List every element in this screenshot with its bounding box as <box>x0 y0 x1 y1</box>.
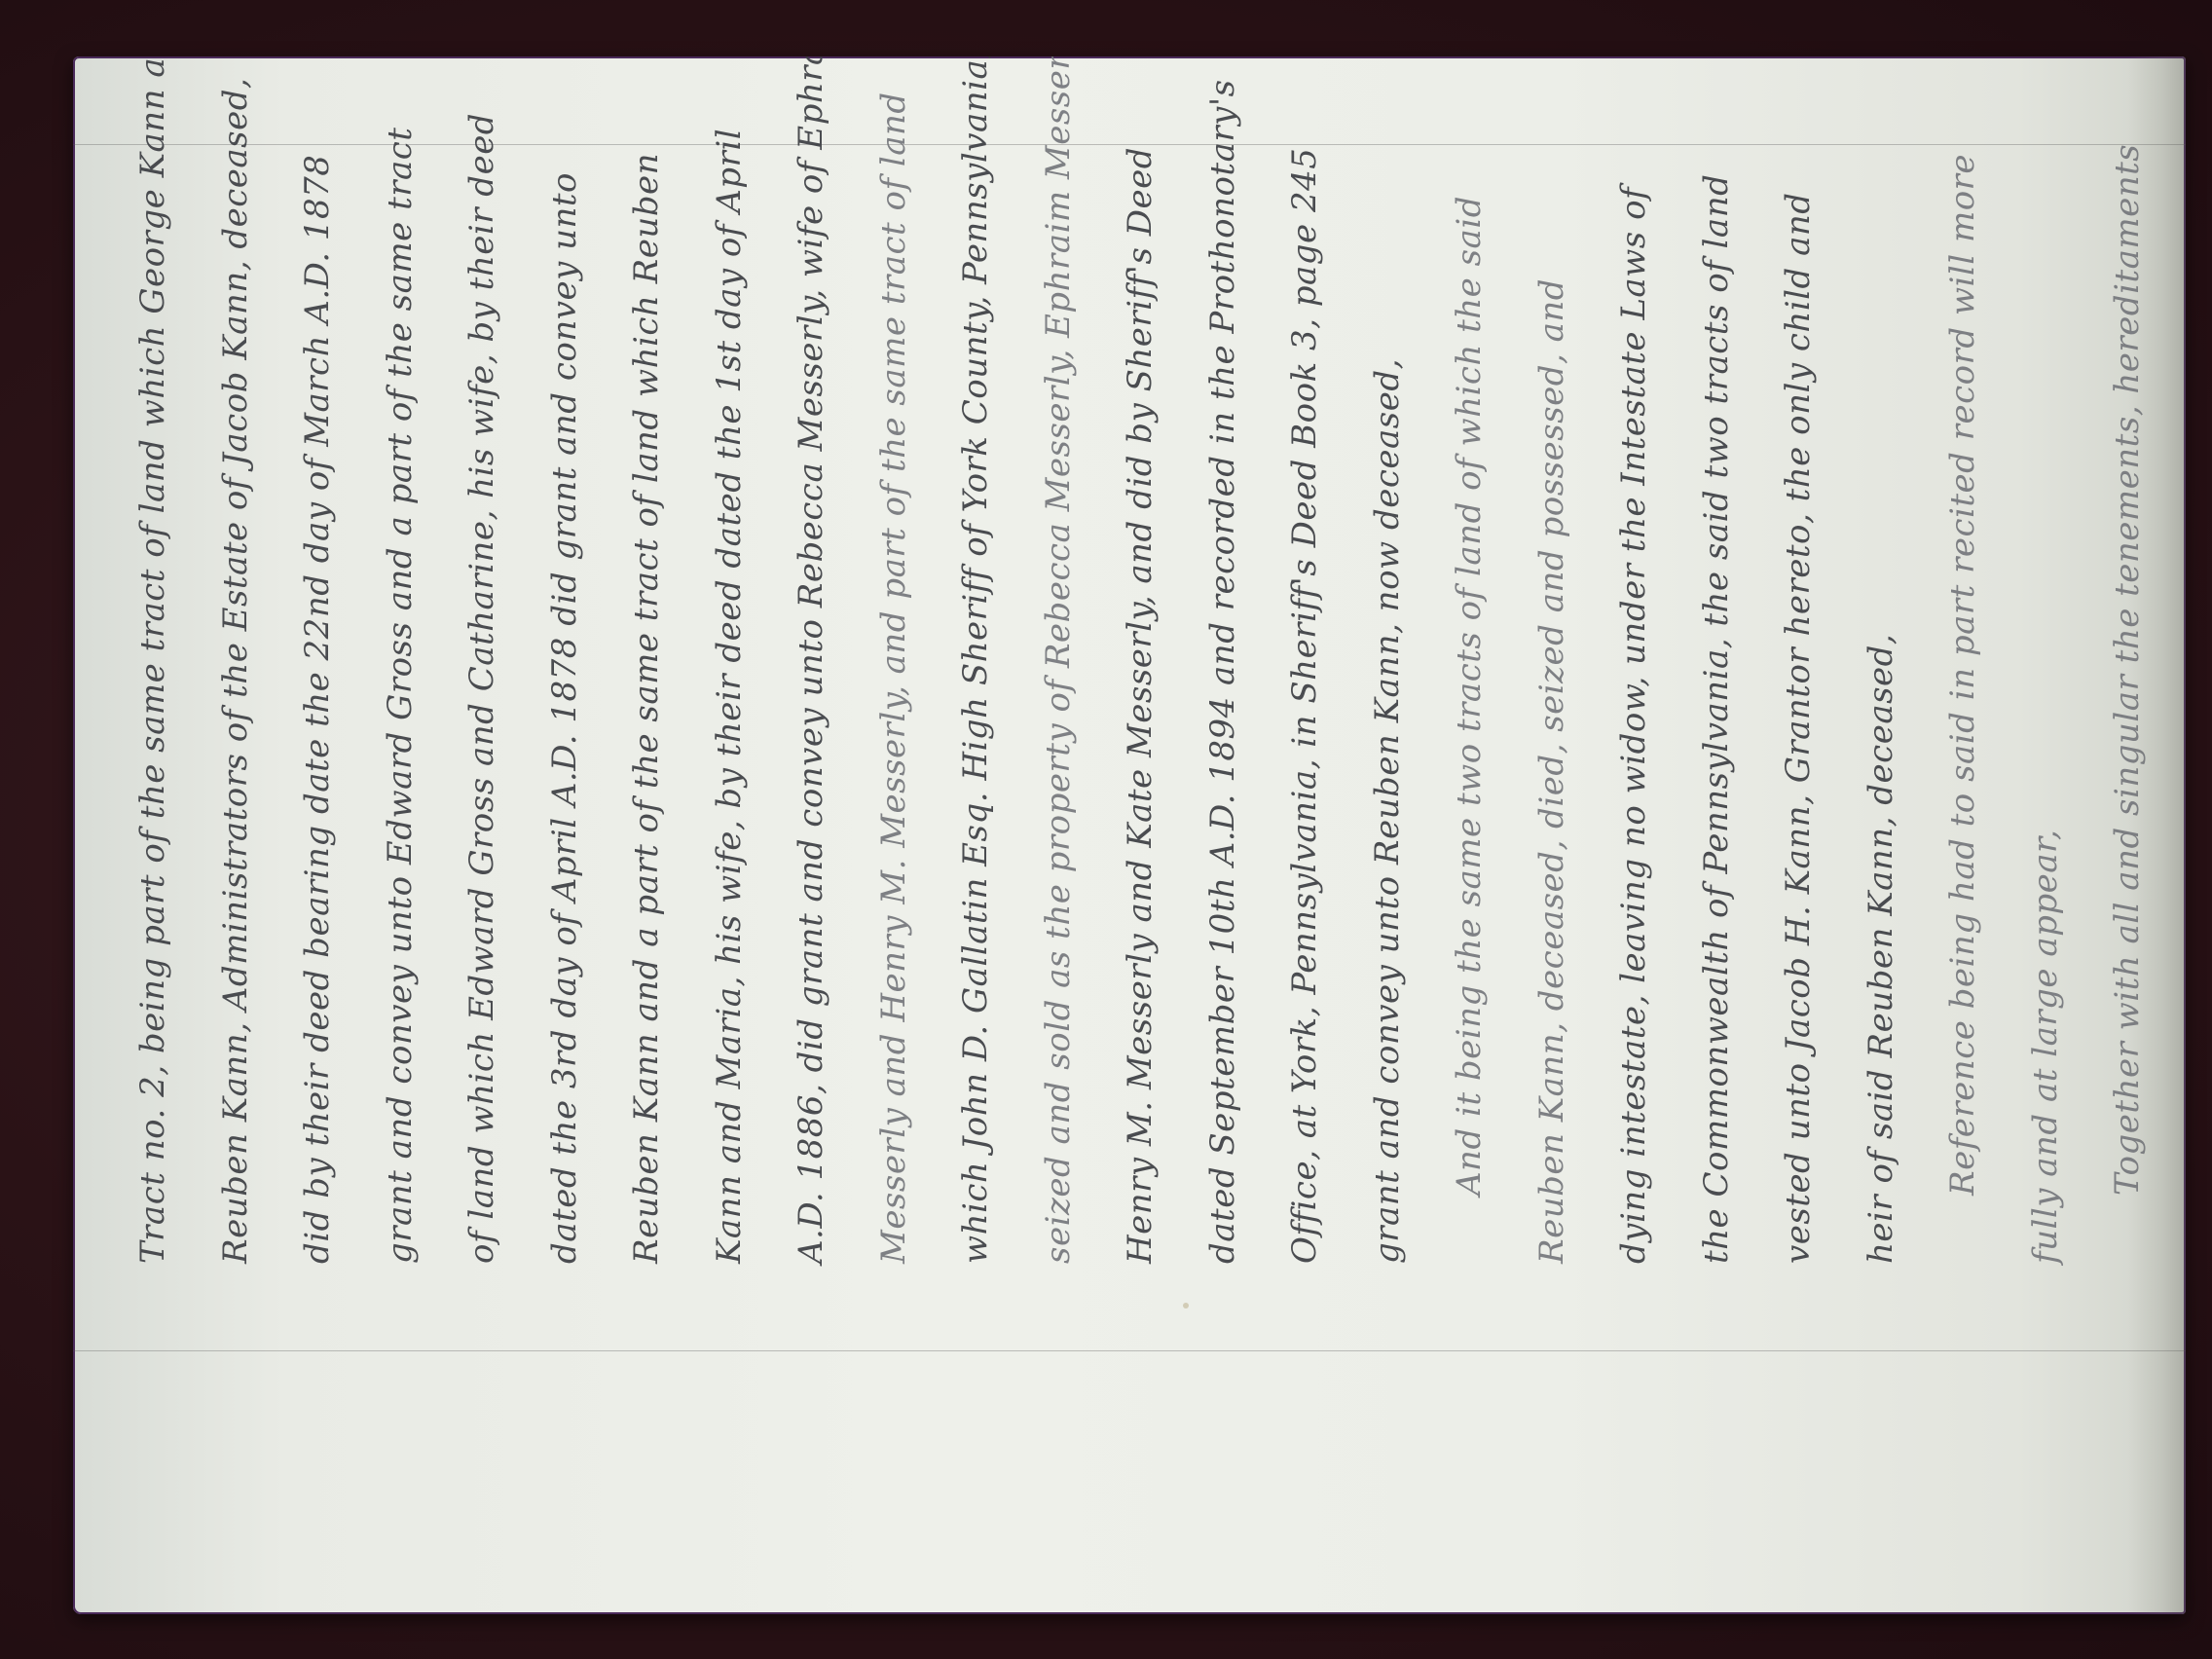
document-page: Tract no. 2, being part of the same trac… <box>73 56 2186 1614</box>
text-line: grant and convey unto Reuben Kann, now d… <box>1346 125 1429 1264</box>
text-line: Together with all and singular the tenem… <box>2086 125 2169 1264</box>
text-line: And it being the same two tracts of land… <box>1428 125 1511 1264</box>
text-line: and appurtenances to the same belonging,… <box>2169 125 2187 1264</box>
text-line: Reuben Kann and a part of the same tract… <box>606 125 688 1264</box>
text-line: heir of said Reuben Kann, deceased, <box>1840 125 1923 1264</box>
text-line: Henry M. Messerly and Kate Messerly, and… <box>1099 125 1182 1264</box>
text-line: seized and sold as the property of Rebec… <box>1017 125 1100 1264</box>
text-line: dated September 10th A.D. 1894 and recor… <box>1182 125 1265 1264</box>
text-line: the Commonwealth of Pennsylvania, the sa… <box>1676 125 1758 1264</box>
text-line: vested unto Jacob H. Kann, Grantor heret… <box>1757 125 1840 1264</box>
text-line: Kann and Maria, his wife, by their deed … <box>688 125 771 1264</box>
text-line: did by their deed bearing date the 22nd … <box>276 125 359 1264</box>
text-line: dated the 3rd day of April A.D. 1878 did… <box>524 125 607 1264</box>
text-line: Messerly and Henry M. Messerly, and part… <box>853 125 936 1264</box>
text-line: Office, at York, Pennsylvania, in Sherif… <box>1264 125 1346 1264</box>
text-line: A.D. 1886, did grant and convey unto Reb… <box>770 125 853 1264</box>
text-line: dying intestate, leaving no widow, under… <box>1593 125 1676 1264</box>
text-line: fully and at large appear, <box>2005 125 2087 1264</box>
text-line: grant and convey unto Edward Gross and a… <box>359 125 442 1264</box>
paper-stain <box>1183 1303 1189 1309</box>
text-line: Reuben Kann, deceased, died, seized and … <box>1511 125 1594 1264</box>
text-line: Reuben Kann, Administrators of the Estat… <box>195 125 277 1264</box>
handwritten-text-block: Tract no. 2, being part of the same trac… <box>112 125 2186 1264</box>
bottom-margin-rule <box>73 1350 2186 1351</box>
text-line: of land which Edward Gross and Catharine… <box>441 125 524 1264</box>
text-line: Tract no. 2, being part of the same trac… <box>112 125 195 1264</box>
text-line: which John D. Gallatin Esq. High Sheriff… <box>935 125 1017 1264</box>
text-line: Reference being had to said in part reci… <box>1922 125 2005 1264</box>
